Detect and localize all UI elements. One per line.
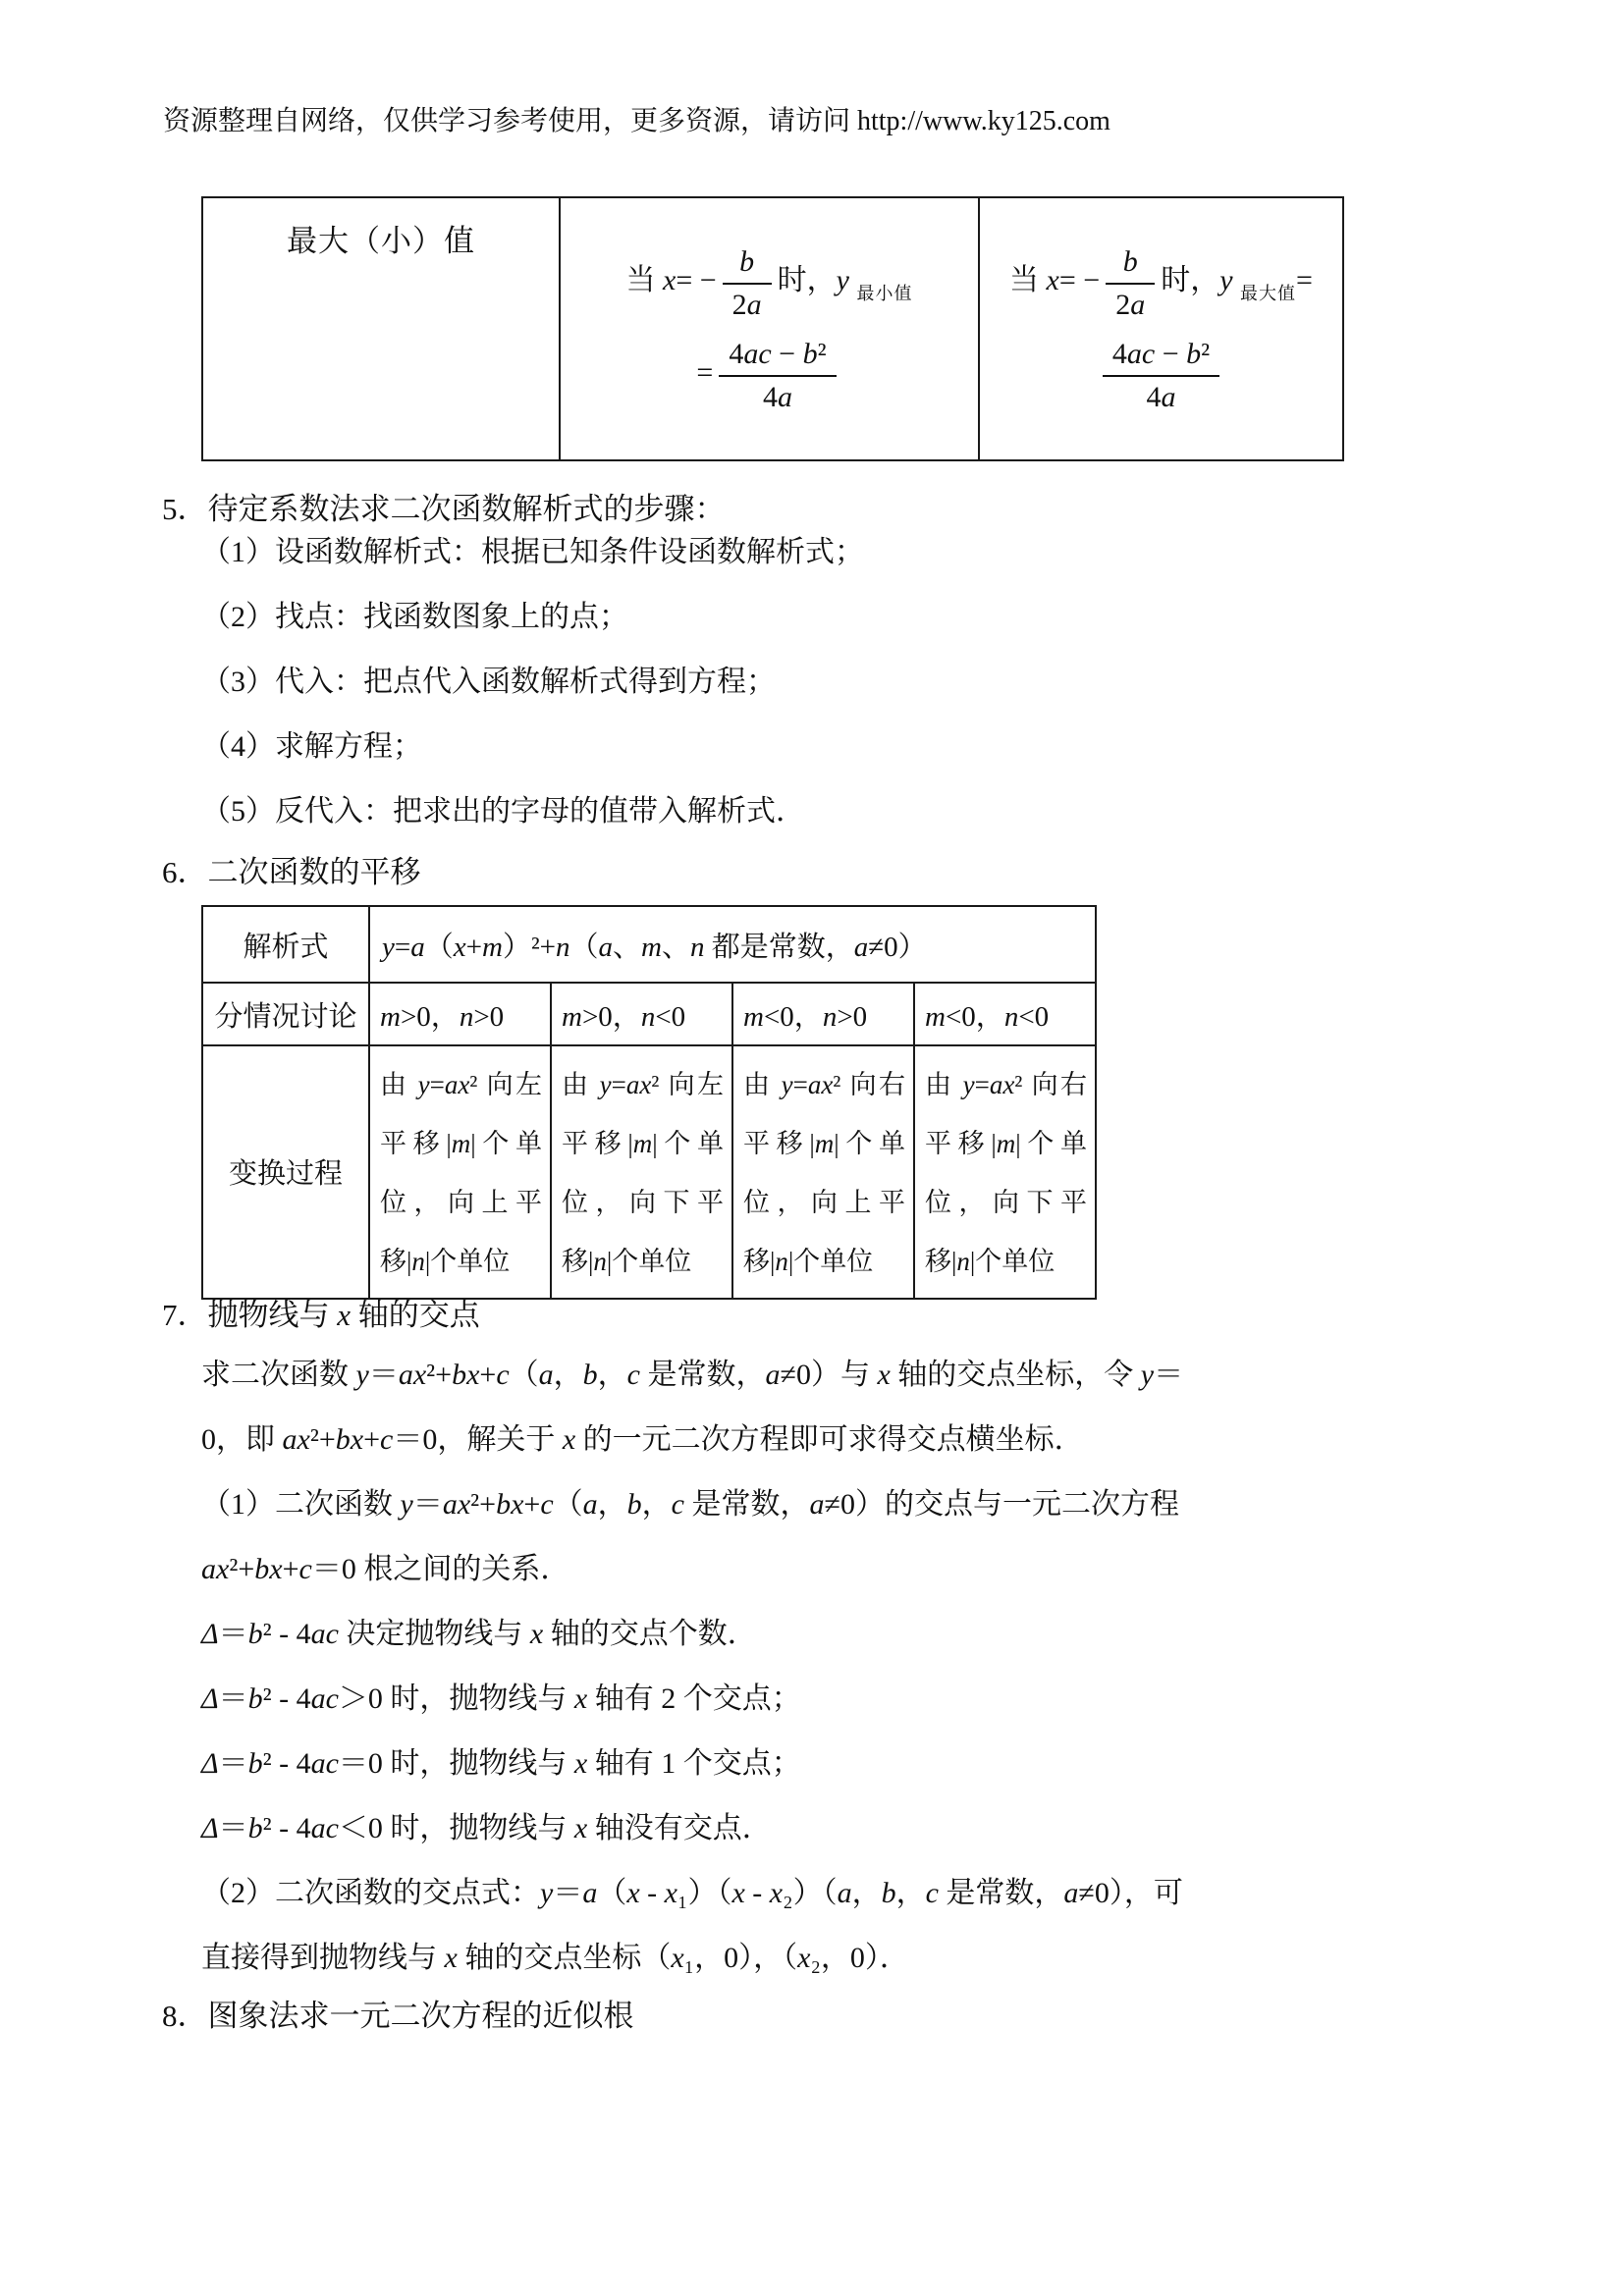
paragraph-line: Δ＝b² - 4ac＞0 时，抛物线与 x 轴有 2 个交点； [201, 1667, 1183, 1732]
fraction-denominator: 2a [723, 285, 772, 322]
translation-table-row3: 变换过程 由 y=ax² 向左平移|m|个单位，向上平移|n|个单位 由 y=a… [202, 1045, 1096, 1299]
paragraph-line: （2）二次函数的交点式：y＝a（x - x₁）（x - x₂）（a，b，c 是常… [201, 1861, 1183, 1926]
paragraph-line: 直接得到抛物线与 x 轴的交点坐标（x₁，0），（x₂，0）． [201, 1926, 1183, 1991]
translation-table: 解析式 y=a（x+m）²+n（a、m、n 都是常数，a≠0） 分情况讨论 m>… [201, 905, 1097, 1300]
fraction: 4ac − b²4a [719, 336, 836, 414]
row3-label: 变换过程 [202, 1045, 369, 1299]
min-formula-line2: =4ac − b²4a [562, 336, 977, 414]
paragraph-line: Δ＝b² - 4ac 决定抛物线与 x 轴的交点个数． [201, 1602, 1183, 1667]
fraction-numerator: 4ac − b² [1103, 336, 1219, 377]
process-cell-2: 由 y=ax² 向左平移|m|个单位，向下平移|n|个单位 [551, 1045, 732, 1299]
max-formula-line1: 当 x= −b2a时，y 最大值= [981, 243, 1341, 322]
paragraph-line: 0，即 ax²+bx+c＝0，解关于 x 的一元二次方程即可求得交点横坐标． [201, 1408, 1183, 1472]
formula-text: 当 x= − [626, 264, 717, 296]
formula-subscript: 最大值 [1240, 284, 1296, 303]
max-min-row-label: 最大（小）值 [202, 197, 560, 460]
formula-text: 时，y [1161, 264, 1240, 296]
process-cell-3: 由 y=ax² 向右平移|m|个单位，向上平移|n|个单位 [732, 1045, 914, 1299]
fraction-denominator: 4a [1103, 377, 1219, 414]
fraction-numerator: b [1106, 243, 1155, 285]
translation-table-row2: 分情况讨论 m>0，n>0 m>0，n<0 m<0，n>0 m<0，n<0 [202, 983, 1096, 1045]
max-min-table: 最大（小）值 当 x= −b2a时，y 最小值 =4ac − b²4a 当 x=… [201, 196, 1344, 461]
formula-text: 时，y [778, 264, 857, 296]
formula-text: = [696, 356, 713, 389]
max-formula-line2: 4ac − b²4a [981, 336, 1341, 414]
section7-heading: 7．抛物线与 x 轴的交点 [162, 1294, 480, 1337]
row1-expression: y=a（x+m）²+n（a、m、n 都是常数，a≠0） [369, 906, 1096, 983]
max-value-formula-cell: 当 x= −b2a时，y 最大值= 4ac − b²4a [979, 197, 1343, 460]
step-item-4: （4）求解方程； [201, 715, 864, 779]
paragraph-line: Δ＝b² - 4ac＝0 时，抛物线与 x 轴有 1 个交点； [201, 1732, 1183, 1796]
fraction-denominator: 4a [719, 377, 836, 414]
case-cell-4: m<0，n<0 [914, 983, 1096, 1045]
row1-label: 解析式 [202, 906, 369, 983]
process-cell-4: 由 y=ax² 向右平移|m|个单位，向下平移|n|个单位 [914, 1045, 1096, 1299]
case-cell-1: m>0，n>0 [369, 983, 551, 1045]
header-notice: 资源整理自网络，仅供学习参考使用，更多资源，请访问 http://www.ky1… [163, 102, 1110, 141]
formula-text: 当 x= − [1009, 264, 1100, 296]
paragraph-line: ax²+bx+c＝0 根之间的关系． [201, 1537, 1183, 1602]
fraction: b2a [723, 243, 772, 322]
fraction: b2a [1106, 243, 1155, 322]
section8-heading: 8．图象法求一元二次方程的近似根 [162, 1995, 634, 2038]
fraction-denominator: 2a [1106, 285, 1155, 322]
section5-steps: （1）设函数解析式：根据已知条件设函数解析式； （2）找点：找函数图象上的点； … [201, 520, 864, 844]
translation-table-row1: 解析式 y=a（x+m）²+n（a、m、n 都是常数，a≠0） [202, 906, 1096, 983]
formula-subscript: 最小值 [857, 284, 913, 303]
step-item-1: （1）设函数解析式：根据已知条件设函数解析式； [201, 520, 864, 585]
formula-text: = [1296, 264, 1313, 296]
fraction-numerator: b [723, 243, 772, 285]
step-item-2: （2）找点：找函数图象上的点； [201, 585, 864, 650]
step-item-5: （5）反代入：把求出的字母的值带入解析式． [201, 779, 864, 844]
section7-paragraph: 求二次函数 y＝ax²+bx+c（a，b，c 是常数，a≠0）与 x 轴的交点坐… [201, 1343, 1183, 1991]
max-min-row: 最大（小）值 当 x= −b2a时，y 最小值 =4ac − b²4a 当 x=… [202, 197, 1343, 460]
step-item-3: （3）代入：把点代入函数解析式得到方程； [201, 650, 864, 715]
paragraph-line: Δ＝b² - 4ac＜0 时，抛物线与 x 轴没有交点． [201, 1796, 1183, 1861]
paragraph-line: （1）二次函数 y＝ax²+bx+c（a，b，c 是常数，a≠0）的交点与一元二… [201, 1472, 1183, 1537]
min-value-formula-cell: 当 x= −b2a时，y 最小值 =4ac − b²4a [560, 197, 979, 460]
row2-label: 分情况讨论 [202, 983, 369, 1045]
fraction-numerator: 4ac − b² [719, 336, 836, 377]
min-formula-line1: 当 x= −b2a时，y 最小值 [562, 243, 977, 322]
process-cell-1: 由 y=ax² 向左平移|m|个单位，向上平移|n|个单位 [369, 1045, 551, 1299]
case-cell-2: m>0，n<0 [551, 983, 732, 1045]
fraction: 4ac − b²4a [1103, 336, 1219, 414]
document-page: 资源整理自网络，仅供学习参考使用，更多资源，请访问 http://www.ky1… [0, 0, 1624, 2296]
section6-heading: 6．二次函数的平移 [162, 851, 421, 894]
case-cell-3: m<0，n>0 [732, 983, 914, 1045]
paragraph-line: 求二次函数 y＝ax²+bx+c（a，b，c 是常数，a≠0）与 x 轴的交点坐… [201, 1343, 1183, 1408]
